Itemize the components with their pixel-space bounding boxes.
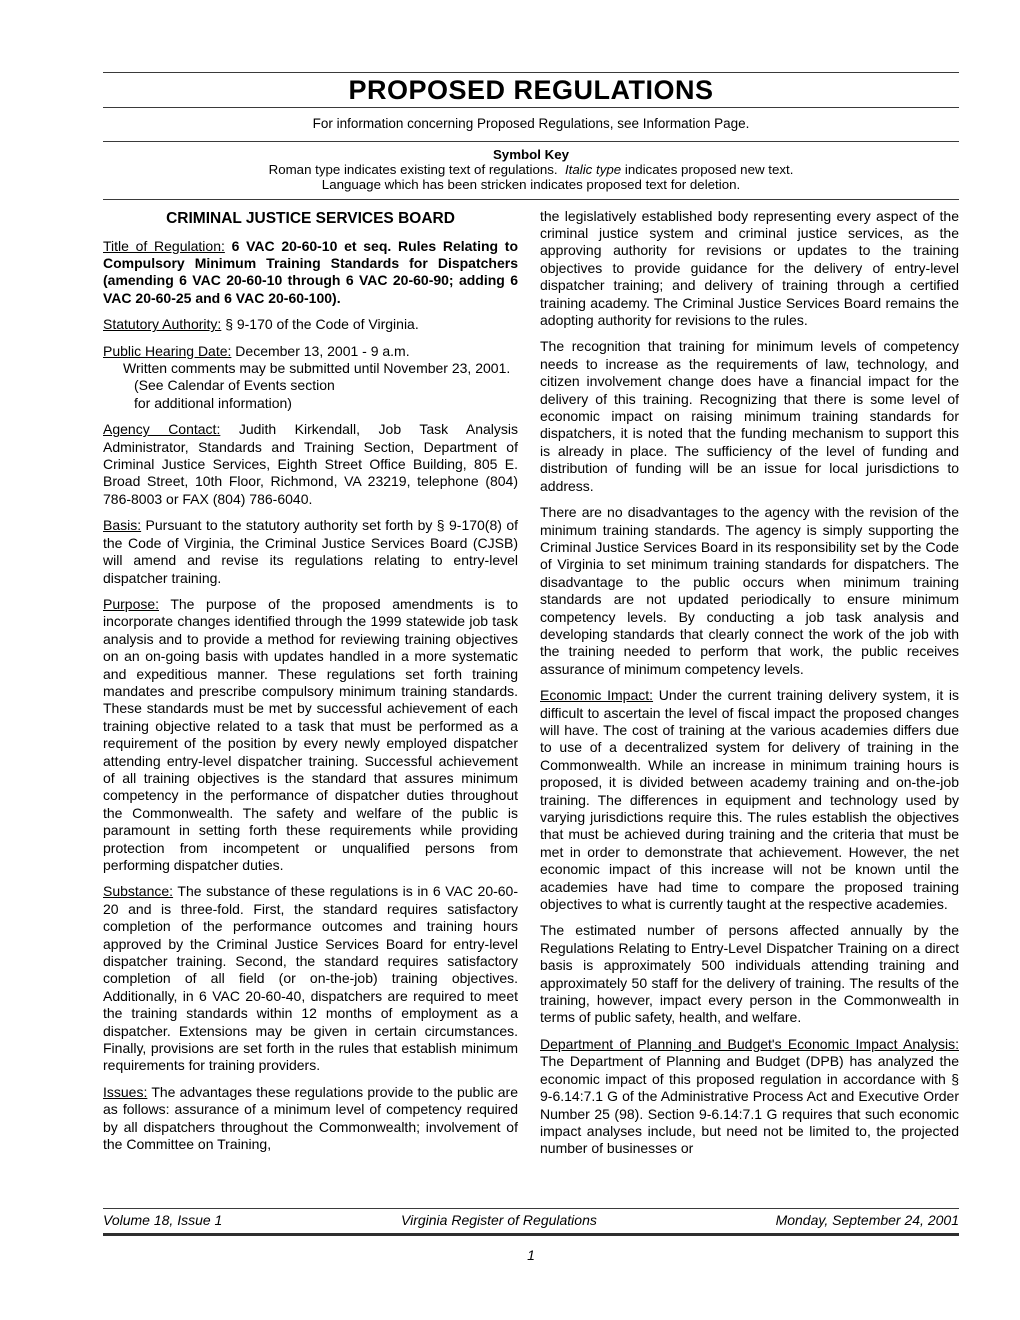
public-hearing-note3: for additional information) [103,395,518,412]
dpb-analysis-paragraph: Department of Planning and Budget's Econ… [540,1036,959,1158]
right-column: the legislatively established body repre… [540,208,959,1204]
dpb-analysis-text: The Department of Planning and Budget (D… [540,1053,959,1156]
symbol-key-line1-rest: indicates proposed new text. [625,162,794,177]
footer-bottom-rule [103,1233,959,1236]
issues-label: Issues: [103,1084,147,1100]
disadvantages-paragraph: There are no disadvantages to the agency… [540,504,959,678]
issues-text: The advantages these regulations provide… [103,1084,518,1152]
economic-impact-paragraph: Economic Impact: Under the current train… [540,687,959,913]
substance-text: The substance of these regulations is in… [103,883,518,1073]
info-note: For information concerning Proposed Regu… [103,108,959,141]
substance-label: Substance: [103,883,173,899]
public-hearing-note1: Written comments may be submitted until … [103,360,518,377]
public-hearing-paragraph: Public Hearing Date: December 13, 2001 -… [103,343,518,360]
basis-label: Basis: [103,517,141,533]
symbol-key-title: Symbol Key [103,147,959,162]
page-number: 1 [103,1247,959,1263]
statutory-authority-text: § 9-170 of the Code of Virginia. [225,316,419,332]
continuation-paragraph: the legislatively established body repre… [540,208,959,330]
dpb-analysis-label: Department of Planning and Budget's Econ… [540,1036,959,1052]
purpose-text: The purpose of the proposed amendments i… [103,596,518,873]
substance-paragraph: Substance: The substance of these regula… [103,883,518,1074]
statutory-authority-paragraph: Statutory Authority: § 9-170 of the Code… [103,316,518,333]
issues-paragraph: Issues: The advantages these regulations… [103,1084,518,1154]
symbol-key: Symbol Key Roman type indicates existing… [103,142,959,199]
basis-text: Pursuant to the statutory authority set … [103,517,518,585]
public-hearing-label: Public Hearing Date: [103,343,231,359]
footer-publication: Virginia Register of Regulations [401,1212,597,1229]
page-title: PROPOSED REGULATIONS [103,73,959,107]
recognition-paragraph: The recognition that training for minimu… [540,338,959,495]
public-hearing-note2: (See Calendar of Events section [103,377,518,394]
board-title: CRIMINAL JUSTICE SERVICES BOARD [103,209,518,228]
page-content: PROPOSED REGULATIONS For information con… [103,0,959,1204]
footer-volume: Volume 18, Issue 1 [103,1212,222,1229]
document-page: PROPOSED REGULATIONS For information con… [0,0,1020,1320]
page-footer: Volume 18, Issue 1 Virginia Register of … [103,1208,959,1263]
economic-impact-label: Economic Impact: [540,687,653,703]
symbol-key-line2: Language which has been stricken indicat… [103,177,959,192]
purpose-paragraph: Purpose: The purpose of the proposed ame… [103,596,518,875]
symbol-key-line1: Roman type indicates existing text of re… [103,162,959,177]
left-column: CRIMINAL JUSTICE SERVICES BOARD Title of… [103,208,518,1204]
agency-contact-label: Agency Contact: [103,421,220,437]
estimated-persons-paragraph: The estimated number of persons affected… [540,922,959,1026]
footer-row: Volume 18, Issue 1 Virginia Register of … [103,1209,959,1233]
public-hearing-text: December 13, 2001 - 9 a.m. [235,343,409,359]
statutory-authority-label: Statutory Authority: [103,316,221,332]
footer-date: Monday, September 24, 2001 [776,1212,959,1229]
symbol-key-roman-text: Roman type indicates existing text of re… [269,162,558,177]
agency-contact-paragraph: Agency Contact: Judith Kirkendall, Job T… [103,421,518,508]
purpose-label: Purpose: [103,596,159,612]
basis-paragraph: Basis: Pursuant to the statutory authori… [103,517,518,587]
two-column-body: CRIMINAL JUSTICE SERVICES BOARD Title of… [103,200,959,1204]
symbol-key-italic-text: Italic type [565,162,621,177]
economic-impact-text: Under the current training delivery syst… [540,687,959,912]
title-of-regulation-paragraph: Title of Regulation: 6 VAC 20-60-10 et s… [103,238,518,308]
title-of-regulation-label: Title of Regulation: [103,238,225,254]
